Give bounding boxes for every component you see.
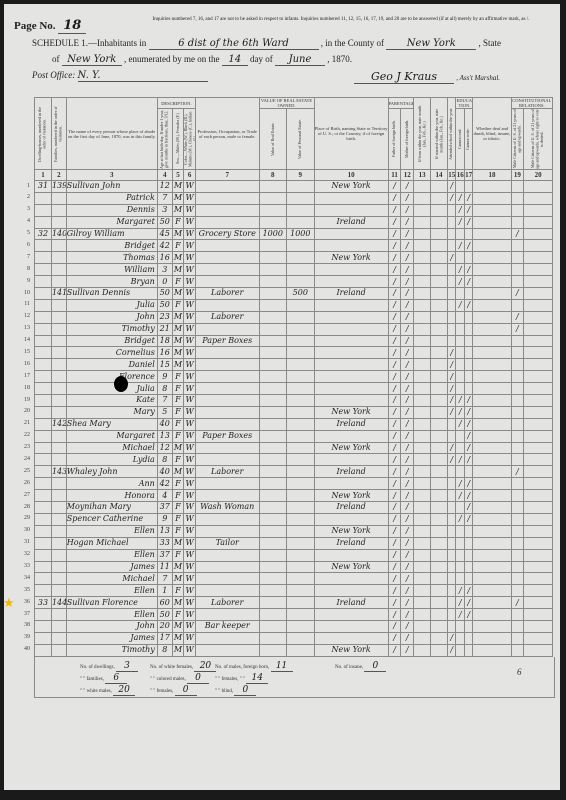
line-number: 13 [16,325,30,331]
disability [473,347,511,359]
birthplace [314,549,388,561]
occupation [195,395,259,407]
occupation [195,513,259,525]
birthplace [314,240,388,252]
line-number: 24 [16,456,30,462]
mother-foreign: / [401,644,414,656]
dwelling-number [35,311,52,323]
born-in-year [414,466,431,478]
disability [473,181,511,193]
table-row: Mary5FWNew York///// [35,406,553,418]
personal-estate-value [287,430,315,442]
born-in-year [414,418,431,430]
dwelling-number [35,644,52,656]
sex: M [172,597,184,609]
family-number: 144 [51,597,66,609]
color: W [184,252,196,264]
line-number: 27 [16,492,30,498]
dwelling-number [35,204,52,216]
enumerated-label: , enumerated by me on the [124,54,219,64]
line-number: 26 [16,480,30,486]
sex: M [172,573,184,585]
sex: F [172,609,184,621]
col-header-citizens: Male Citizens of U. S. of 21 years of ag… [511,109,524,170]
cannot-read [456,466,464,478]
line-number: 23 [16,444,30,450]
person-name: Moynihan Mary [66,502,157,514]
table-row: Ellen37FW// [35,549,553,561]
age: 15 [157,359,172,371]
mother-foreign: / [401,299,414,311]
real-estate-value [259,525,287,537]
male-citizen [511,395,524,407]
disability [473,454,511,466]
column-number: 7 [195,170,259,181]
occupation [195,359,259,371]
male-citizen [511,371,524,383]
attended-school [448,490,456,502]
table-row: Margaret50FWIreland//// [35,216,553,228]
birthplace [314,311,388,323]
col-header-birthplace: Place of Birth, naming State or Territor… [314,98,388,170]
disability [473,490,511,502]
column-number: 6 [184,170,196,181]
vote-denied [524,323,553,335]
married-in-year [431,395,448,407]
personal-estate-value [287,573,315,585]
attended-school [448,216,456,228]
occupation [195,549,259,561]
table-row: John20MWBar keeper// [35,620,553,632]
attended-school [448,561,456,573]
cannot-write: / [464,478,472,490]
mother-foreign: / [401,537,414,549]
sex: M [172,442,184,454]
line-number: 35 [16,587,30,593]
married-in-year [431,561,448,573]
born-in-year [414,430,431,442]
dwelling-number [35,585,52,597]
personal-estate-value [287,490,315,502]
male-citizen [511,573,524,585]
cannot-read [456,644,464,656]
age: 50 [157,288,172,300]
vote-denied [524,466,553,478]
person-name: Timothy [66,644,157,656]
cannot-write: / [464,609,472,621]
male-citizen [511,632,524,644]
cannot-write: / [464,454,472,466]
sex: F [172,430,184,442]
attended-school [448,288,456,300]
attended-school: / [448,359,456,371]
color: W [184,323,196,335]
person-name: Lydia [66,454,157,466]
marshal-line: Geo J Kraus , Ass't Marshal. [354,70,500,84]
state-label: , State [479,38,502,48]
sex: M [172,561,184,573]
color: W [184,466,196,478]
male-citizen [511,276,524,288]
father-foreign: / [388,561,401,573]
dwelling-number [35,359,52,371]
color: W [184,620,196,632]
age: 50 [157,216,172,228]
line-number: 31 [16,539,30,545]
sex: M [172,632,184,644]
disability [473,478,511,490]
sex: F [172,585,184,597]
attended-school [448,228,456,240]
line-number: 9 [16,278,30,284]
line-number: 33 [16,563,30,569]
male-citizen [511,430,524,442]
married-in-year [431,573,448,585]
cannot-read: / [456,513,464,525]
personal-estate-value [287,609,315,621]
born-in-year [414,597,431,609]
personal-estate-value [287,299,315,311]
attended-school: / [448,383,456,395]
born-in-year [414,561,431,573]
real-estate-value [259,513,287,525]
census-table: Dwelling-houses, numbered in the order o… [34,97,553,657]
occupation [195,585,259,597]
cannot-write: / [464,502,472,514]
vote-denied [524,240,553,252]
person-name: Cornelius [66,347,157,359]
father-foreign: / [388,454,401,466]
family-number [51,513,66,525]
dwelling-number: 33 [35,597,52,609]
vote-denied [524,311,553,323]
born-in-year [414,395,431,407]
occupation [195,299,259,311]
cannot-write [464,359,472,371]
col-header-father-foreign: Father of foreign birth. [388,109,401,170]
family-number: 139 [51,181,66,193]
family-number [51,323,66,335]
married-in-year [431,228,448,240]
dwelling-number [35,216,52,228]
of-label: of [52,54,60,64]
line-number: 6 [16,242,30,248]
table-row: Margaret13FWPaper Boxes/// [35,430,553,442]
married-in-year [431,264,448,276]
family-number [51,395,66,407]
table-row: Lydia8FW///// [35,454,553,466]
occupation [195,276,259,288]
cannot-write: / [464,204,472,216]
color: W [184,204,196,216]
disability [473,359,511,371]
attended-school: / [448,644,456,656]
family-number [51,644,66,656]
real-estate-value [259,644,287,656]
personal-estate-value [287,585,315,597]
vote-denied [524,228,553,240]
mother-foreign: / [401,264,414,276]
dwelling-number [35,478,52,490]
age: 18 [157,335,172,347]
personal-estate-value [287,192,315,204]
cannot-read: / [456,299,464,311]
birthplace: New York [314,561,388,573]
disability [473,573,511,585]
cannot-read [456,561,464,573]
dwelling-number [35,513,52,525]
personal-estate-value [287,502,315,514]
dwelling-number [35,288,52,300]
mother-foreign: / [401,454,414,466]
mother-foreign: / [401,347,414,359]
cannot-write: / [464,442,472,454]
line-number: 15 [16,349,30,355]
family-number [51,573,66,585]
vote-denied [524,620,553,632]
father-foreign: / [388,537,401,549]
cannot-read [456,335,464,347]
line-number: 11 [16,301,30,307]
personal-estate-value [287,240,315,252]
person-name: Michael [66,442,157,454]
vote-denied [524,502,553,514]
born-in-year [414,513,431,525]
disability [473,323,511,335]
dwelling-number [35,264,52,276]
disability [473,264,511,276]
color: W [184,513,196,525]
vote-denied [524,597,553,609]
person-name: Bridget [66,240,157,252]
cannot-write [464,466,472,478]
real-estate-value: 1000 [259,228,287,240]
table-row: Patrick7MW///// [35,192,553,204]
mother-foreign: / [401,228,414,240]
table-row: William3MW//// [35,264,553,276]
father-foreign: / [388,216,401,228]
mother-foreign: / [401,478,414,490]
col-group-value: VALUE OF REAL ESTATE OWNED. [259,98,314,109]
real-estate-value [259,466,287,478]
color: W [184,311,196,323]
cannot-read: / [456,418,464,430]
father-foreign: / [388,228,401,240]
father-foreign: / [388,252,401,264]
cannot-write [464,323,472,335]
column-number: 11 [388,170,401,181]
cannot-write [464,252,472,264]
father-foreign: / [388,299,401,311]
table-row: Ann42FW//// [35,478,553,490]
cannot-write [464,371,472,383]
born-in-year [414,502,431,514]
cannot-write [464,561,472,573]
age: 7 [157,192,172,204]
cannot-read: / [456,192,464,204]
vote-denied [524,406,553,418]
mother-foreign: / [401,502,414,514]
table-row: Michael7MW// [35,573,553,585]
col-header-school: Attended school within the year. [448,98,456,170]
line-number: 1 [16,183,30,189]
col-header-cannot-read: Cannot read. [456,109,464,170]
year-label: , 1870. [327,54,352,64]
real-estate-value [259,561,287,573]
birthplace [314,371,388,383]
cannot-write: / [464,490,472,502]
color: W [184,632,196,644]
birthplace [314,573,388,585]
color: W [184,502,196,514]
family-number: 142 [51,418,66,430]
cannot-write: / [464,192,472,204]
occupation [195,181,259,193]
mother-foreign: / [401,359,414,371]
table-row: Timothy21MW/// [35,323,553,335]
vote-denied [524,192,553,204]
person-name: Ellen [66,585,157,597]
father-foreign: / [388,204,401,216]
attended-school [448,537,456,549]
cannot-write: / [464,264,472,276]
occupation [195,347,259,359]
male-citizen [511,406,524,418]
male-citizen [511,513,524,525]
column-number: 15 [448,170,456,181]
father-foreign: / [388,288,401,300]
birthplace: Ireland [314,418,388,430]
mother-foreign: / [401,418,414,430]
line-number: 4 [16,218,30,224]
vote-denied [524,632,553,644]
attended-school: / [448,181,456,193]
cannot-write: / [464,406,472,418]
col-header-vote-denied: Male Citizens of U. S. of 21 years of ag… [524,109,553,170]
birthplace: New York [314,525,388,537]
vote-denied [524,276,553,288]
family-number: 140 [51,228,66,240]
age: 42 [157,478,172,490]
family-number [51,347,66,359]
mother-foreign: / [401,216,414,228]
vote-denied [524,490,553,502]
father-foreign: / [388,490,401,502]
real-estate-value [259,585,287,597]
vote-denied [524,347,553,359]
age: 40 [157,418,172,430]
disability [473,288,511,300]
married-in-year [431,406,448,418]
male-citizen [511,525,524,537]
vote-denied [524,573,553,585]
mother-foreign: / [401,240,414,252]
table-row: James17MW/// [35,632,553,644]
real-estate-value [259,311,287,323]
dwelling-number [35,347,52,359]
real-estate-value [259,632,287,644]
sex: F [172,299,184,311]
married-in-year [431,383,448,395]
table-row: 33144Sullivan Florence60MWLaborerIreland… [35,597,553,609]
cannot-write [464,288,472,300]
col-group-parentage: PARENTAGE. [388,98,413,109]
color: W [184,561,196,573]
age: 1 [157,585,172,597]
real-estate-value [259,192,287,204]
person-name: Margaret [66,430,157,442]
family-number [51,264,66,276]
birthplace [314,335,388,347]
person-name: Michael [66,573,157,585]
occupation: Paper Boxes [195,335,259,347]
married-in-year [431,537,448,549]
real-estate-value [259,454,287,466]
cannot-read: / [456,264,464,276]
sex: F [172,454,184,466]
age: 17 [157,632,172,644]
attended-school: / [448,347,456,359]
person-name: Shea Mary [66,418,157,430]
born-in-year [414,264,431,276]
cannot-read: / [456,490,464,502]
married-in-year [431,632,448,644]
born-in-year [414,359,431,371]
line-number: 2 [16,194,30,200]
sex: M [172,192,184,204]
attended-school [448,335,456,347]
schedule-label: SCHEDULE 1.—Inhabitants in [32,38,146,48]
col-header-dwelling: Dwelling-houses, numbered in the order o… [35,98,52,170]
personal-estate-value [287,442,315,454]
family-number: 143 [51,466,66,478]
vote-denied [524,537,553,549]
disability [473,585,511,597]
father-foreign: / [388,347,401,359]
dwelling-number [35,430,52,442]
disability [473,335,511,347]
birthplace: New York [314,252,388,264]
table-row: Michael12MWNew York//// [35,442,553,454]
married-in-year [431,288,448,300]
color: W [184,525,196,537]
color: W [184,442,196,454]
attended-school: / [448,192,456,204]
post-office-field: N. Y. [78,70,208,82]
table-row: Timothy8MWNew York/// [35,644,553,656]
married-in-year [431,335,448,347]
star-icon: ★ [3,595,15,611]
sex: M [172,537,184,549]
male-citizen [511,609,524,621]
male-citizen [511,347,524,359]
line-number: 21 [16,420,30,426]
color: W [184,418,196,430]
disability [473,204,511,216]
dwelling-number [35,395,52,407]
dwelling-number [35,490,52,502]
attended-school [448,430,456,442]
dwelling-number [35,276,52,288]
person-name: John [66,620,157,632]
real-estate-value [259,597,287,609]
attended-school [448,525,456,537]
family-number [51,383,66,395]
table-row: Daniel15MW/// [35,359,553,371]
dwelling-number [35,252,52,264]
person-name: Ann [66,478,157,490]
person-name: Margaret [66,216,157,228]
